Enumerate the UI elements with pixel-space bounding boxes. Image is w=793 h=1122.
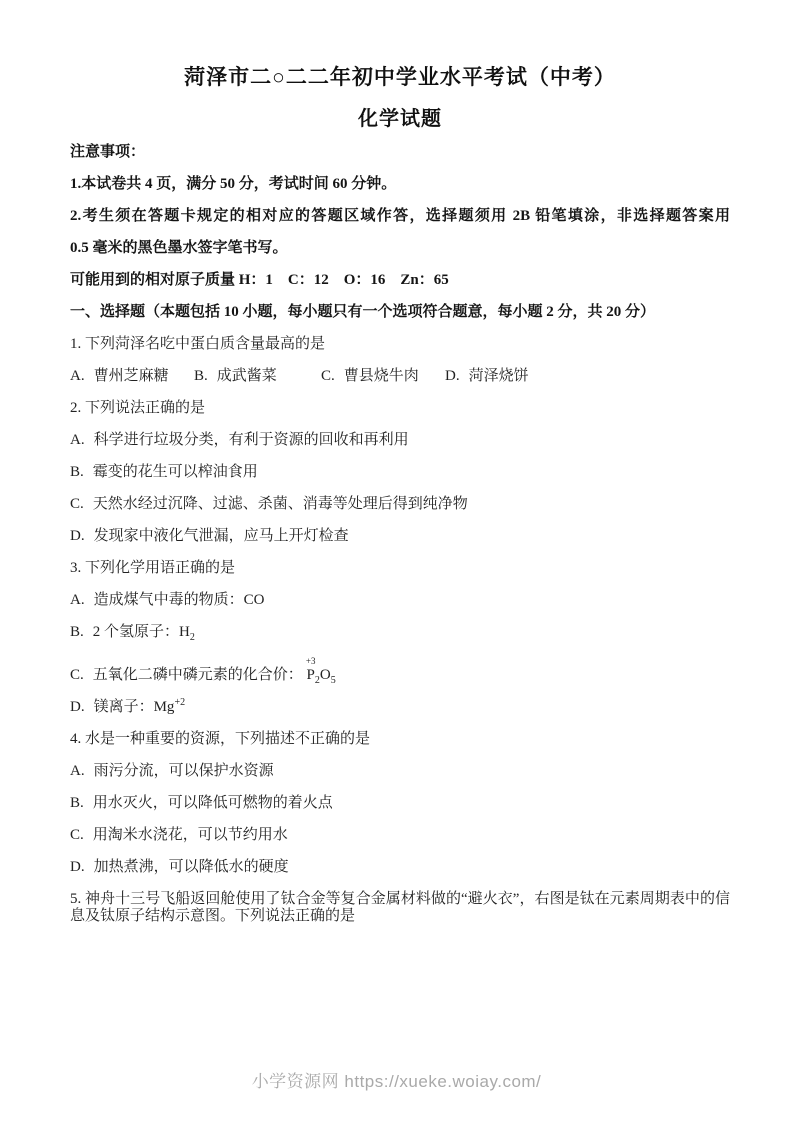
question-block-4: 4. 水是一种重要的资源，下列描述不正确的是A.雨污分流，可以保护水资源B.用水… [70, 731, 730, 876]
question-block-3: 3. 下列化学用语正确的是A.造成煤气中毒的物质：COB.2 个氢原子：H2C.… [70, 560, 730, 716]
answer-option-C: C.曹县烧牛肉 [321, 368, 445, 385]
option-letter: C. [70, 827, 84, 843]
exam-title: 菏泽市二○二二年初中学业水平考试（中考） [70, 64, 730, 91]
answer-option-A: A.科学进行垃圾分类，有利于资源的回收和再利用 [70, 432, 730, 449]
exam-page: 菏泽市二○二二年初中学业水平考试（中考） 化学试题 注意事项： 1.本试卷共 4… [0, 0, 793, 1122]
options-group: A.科学进行垃圾分类，有利于资源的回收和再利用B.霉变的花生可以榨油食用C.天然… [70, 432, 730, 545]
answer-option-D: D.菏泽烧饼 [445, 368, 730, 385]
answer-option-D: D.加热煮沸，可以降低水的硬度 [70, 859, 730, 876]
valence-label: +3 [306, 656, 316, 666]
formula-subscript: 2 [315, 675, 320, 686]
valence-over-element: +3P [307, 656, 315, 684]
option-letter: C. [321, 368, 335, 384]
question-block-2: 2. 下列说法正确的是A.科学进行垃圾分类，有利于资源的回收和再利用B.霉变的花… [70, 400, 730, 545]
question-stem: 1. 下列菏泽名吃中蛋白质含量最高的是 [70, 336, 730, 353]
footer-watermark: 小学资源网 https://xueke.woiay.com/ [0, 1067, 793, 1092]
formula-superscript: +2 [174, 697, 185, 708]
option-letter: A. [70, 592, 85, 608]
formula-subscript: 5 [331, 675, 336, 686]
option-letter: C. [70, 667, 84, 683]
notice-heading: 注意事项： [70, 144, 730, 161]
options-group: A.雨污分流，可以保护水资源B.用水灭火，可以降低可燃物的着火点C.用淘米水浇花… [70, 763, 730, 876]
notice-line-2: 2.考生须在答题卡规定的相对应的答题区域作答，选择题须用 2B 铅笔填涂，非选择… [70, 208, 730, 225]
exam-content: 菏泽市二○二二年初中学业水平考试（中考） 化学试题 注意事项： 1.本试卷共 4… [0, 0, 793, 925]
answer-option-A: A.造成煤气中毒的物质：CO [70, 592, 730, 609]
option-letter: D. [70, 699, 85, 715]
question-stem: 2. 下列说法正确的是 [70, 400, 730, 417]
question-stem: 5. 神舟十三号飞船返回舱使用了钛合金等复合金属材料做的“避火衣”，右图是钛在元… [70, 891, 730, 925]
element-symbol: P [307, 667, 315, 683]
notice-line-1: 1.本试卷共 4 页，满分 50 分，考试时间 60 分钟。 [70, 176, 730, 193]
answer-option-A: A.曹州芝麻糖 [70, 368, 194, 385]
question-stem: 3. 下列化学用语正确的是 [70, 560, 730, 577]
answer-option-D: D.镁离子：Mg+2 [70, 699, 730, 716]
notice-line-3: 0.5 毫米的黑色墨水签字笔书写。 [70, 240, 730, 257]
option-letter: B. [70, 464, 84, 480]
option-letter: B. [194, 368, 208, 384]
atomic-mass-reference: 可能用到的相对原子质量 H：1 C：12 O：16 Zn：65 [70, 272, 730, 289]
answer-option-C: C.用淘米水浇花，可以节约用水 [70, 827, 730, 844]
option-letter: B. [70, 624, 84, 640]
answer-option-A: A.雨污分流，可以保护水资源 [70, 763, 730, 780]
answer-option-B: B.霉变的花生可以榨油食用 [70, 464, 730, 481]
answer-option-B: B.2 个氢原子：H2 [70, 624, 730, 641]
option-letter: A. [70, 432, 85, 448]
answer-option-B: B.用水灭火，可以降低可燃物的着火点 [70, 795, 730, 812]
option-letter: D. [445, 368, 460, 384]
option-letter: B. [70, 795, 84, 811]
option-letter: D. [70, 528, 85, 544]
options-group: A.造成煤气中毒的物质：COB.2 个氢原子：H2C.五氧化二磷中磷元素的化合价… [70, 592, 730, 716]
answer-option-D: D.发现家中液化气泄漏，应马上开灯检查 [70, 528, 730, 545]
exam-subtitle: 化学试题 [70, 106, 730, 132]
formula-subscript: 2 [190, 632, 195, 643]
questions-list: 1. 下列菏泽名吃中蛋白质含量最高的是A.曹州芝麻糖B.成武酱菜C.曹县烧牛肉D… [70, 336, 730, 925]
option-letter: A. [70, 763, 85, 779]
question-block-1: 1. 下列菏泽名吃中蛋白质含量最高的是A.曹州芝麻糖B.成武酱菜C.曹县烧牛肉D… [70, 336, 730, 385]
answer-option-C: C.五氧化二磷中磷元素的化合价： +3P2O5 [70, 656, 730, 684]
question-block-5: 5. 神舟十三号飞船返回舱使用了钛合金等复合金属材料做的“避火衣”，右图是钛在元… [70, 891, 730, 925]
option-letter: D. [70, 859, 85, 875]
section-heading: 一、选择题（本题包括 10 小题，每小题只有一个选项符合题意，每小题 2 分，共… [70, 304, 730, 321]
answer-option-C: C.天然水经过沉降、过滤、杀菌、消毒等处理后得到纯净物 [70, 496, 730, 513]
answer-option-B: B.成武酱菜 [194, 368, 321, 385]
options-group: A.曹州芝麻糖B.成武酱菜C.曹县烧牛肉D.菏泽烧饼 [70, 368, 730, 385]
option-letter: C. [70, 496, 84, 512]
option-letter: A. [70, 368, 85, 384]
question-stem: 4. 水是一种重要的资源，下列描述不正确的是 [70, 731, 730, 748]
